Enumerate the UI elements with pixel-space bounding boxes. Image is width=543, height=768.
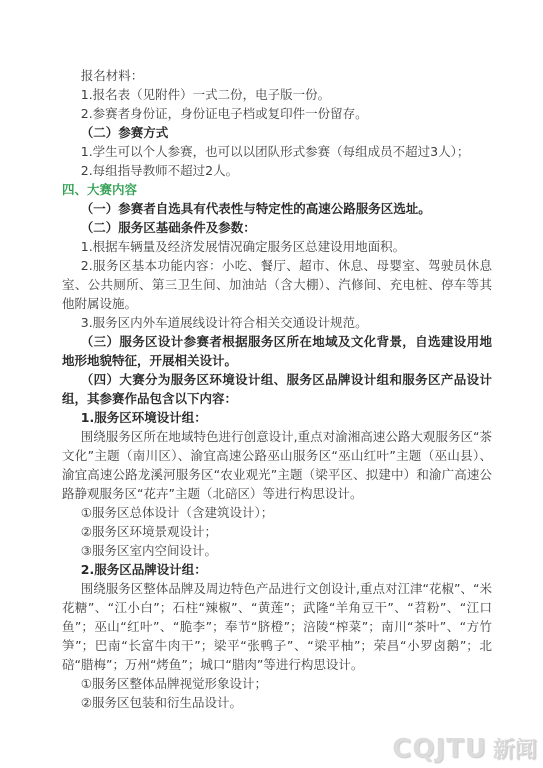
list-item-circled-1: ①服务区总体设计（含建筑设计）；	[62, 503, 492, 522]
watermark-cqjtu-logo: CQJTU	[392, 734, 487, 764]
paragraph-item: 1.学生可以个人参赛，也可以以团队形式参赛（每组成员不超过3人）；	[62, 142, 492, 161]
paragraph-item: 2.服务区基本功能内容：小吃、餐厅、超市、休息、母婴室、驾驶员休息室、公共厕所、…	[62, 256, 492, 313]
paragraph-brand-design-detail: 围绕服务区整体品牌及周边特色产品进行文创设计,重点对江津“花椒”、“米花糖”、“…	[62, 579, 492, 674]
document-page: { "page": { "background": "#ffffff" }, "…	[0, 0, 543, 768]
list-item-circled-2: ②服务区环境景观设计；	[62, 522, 492, 541]
paragraph-item: 1.根据车辆量及经济发展情况确定服务区总建设用地面积。	[62, 237, 492, 256]
section-heading-competition-content: 四、大赛内容	[62, 180, 492, 199]
group-heading-brand-design: 2.服务区品牌设计组：	[62, 560, 492, 579]
paragraph-environment-design-detail: 围绕服务区所在地域特色进行创意设计,重点对渝湘高速公路大观服务区“茶文化”主题（…	[62, 427, 492, 503]
subsection-heading-design-background: （三）服务区设计参赛者根据服务区所在地域及文化背景，自选建设用地地形地貌特征，开…	[62, 332, 492, 370]
paragraph-item: 2.每组指导教师不超过2人。	[62, 161, 492, 180]
watermark: CQJTU 新闻	[392, 733, 537, 764]
list-item-circled-2: ②服务区包装和衍生品设计。	[62, 693, 492, 712]
list-item-circled-1: ①服务区整体品牌视觉形象设计；	[62, 674, 492, 693]
document-body: 报名材料： 1.报名表（见附件）一式二份，电子版一份。 2.参赛者身份证，身份证…	[62, 66, 492, 712]
paragraph-item: 1.报名表（见附件）一式二份，电子版一份。	[62, 85, 492, 104]
group-heading-environment-design: 1.服务区环境设计组：	[62, 408, 492, 427]
paragraph-registration-materials: 报名材料：	[62, 66, 492, 85]
watermark-news-label: 新闻	[493, 733, 537, 764]
subsection-heading-competition-groups: （四）大赛分为服务区环境设计组、服务区品牌设计组和服务区产品设计组，其参赛作品包…	[62, 370, 492, 408]
paragraph-item: 2.参赛者身份证，身份证电子档或复印件一份留存。	[62, 104, 492, 123]
paragraph-item: 3.服务区内外车道展线设计符合相关交通设计规范。	[62, 313, 492, 332]
list-item-circled-3: ③服务区室内空间设计。	[62, 541, 492, 560]
subsection-heading-participation-method: （二）参赛方式	[62, 123, 492, 142]
subsection-heading-site-selection: （一）参赛者自选具有代表性与特定性的高速公路服务区选址。	[62, 199, 492, 218]
subsection-heading-basic-conditions: （二）服务区基础条件及参数：	[62, 218, 492, 237]
